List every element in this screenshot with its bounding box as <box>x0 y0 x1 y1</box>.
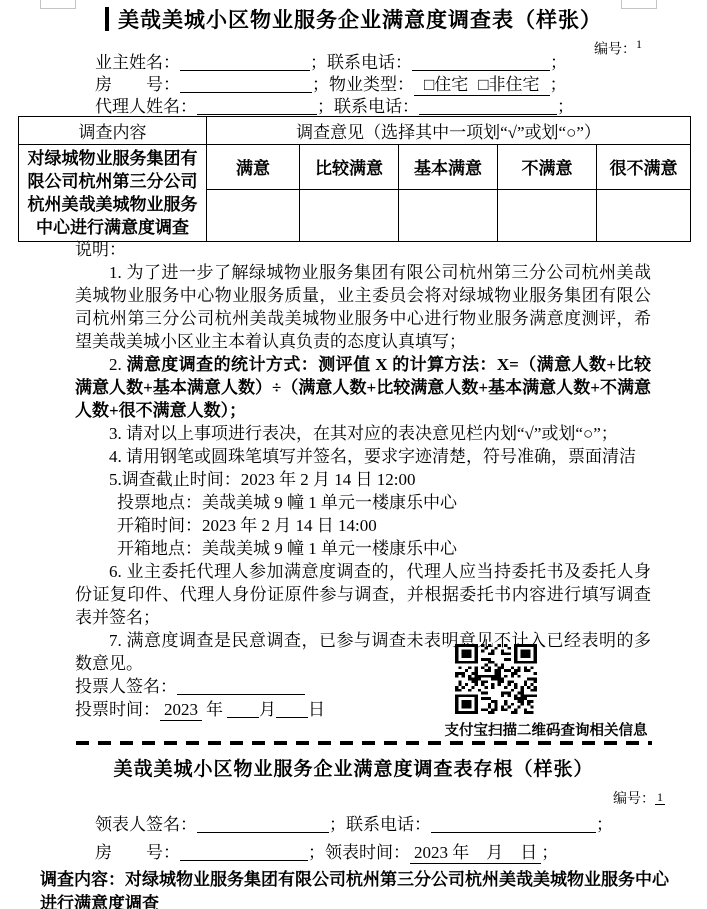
cursor-bar-icon <box>105 7 109 31</box>
note-item-5: 5.调查截止时间：2023 年 2 月 14 日 12:00 <box>75 468 651 491</box>
vote-day-field[interactable] <box>276 701 308 718</box>
survey-form-page: 美哉美城小区物业服务企业满意度调查表（样张） 编号：1 业主姓名：；联系电话：；… <box>0 0 707 909</box>
serial-label: 编号： <box>594 43 636 58</box>
satisfaction-table: 调查内容 调查意见（选择其中一项划“√”或划“○”） 对绿城物业服务集团有限公司… <box>18 116 691 242</box>
voter-signature-row: 投票人签名： <box>75 675 651 698</box>
note-item-2-formula: 满意度调查的统计方式：测评值 X 的计算方法：X=（满意人数+比较满意人数+基本… <box>75 355 651 420</box>
openbox-place-line: 开箱地点：美哉美城 9 幢 1 单元一楼康乐中心 <box>117 537 651 560</box>
option-satisfied: 满意 <box>207 145 300 190</box>
stub-serial-label: 编号： <box>613 792 655 807</box>
property-type-field: □住宅□非住宅 <box>414 75 550 96</box>
note-item-3: 3. 请对以上事项进行表决，在其对应的表决意见栏内划“√”或划“○”； <box>75 422 651 445</box>
agent-name-field[interactable] <box>197 98 317 115</box>
table-header-opinion: 调查意见（选择其中一项划“√”或划“○”） <box>207 117 691 145</box>
serial-value: 1 <box>636 37 642 51</box>
owner-row: 业主姓名：；联系电话：； <box>95 52 574 74</box>
page-title: 美哉美城小区物业服务企业满意度调查表（样张） <box>0 4 707 34</box>
agent-row: 代理人姓名：；联系电话：； <box>95 96 574 118</box>
stub-section: 美哉美城小区物业服务企业满意度调查表存根（样张） 编号：1 领表人签名：；联系电… <box>0 757 707 909</box>
note-item-7: 7. 满意度调查是民意调查，已参与调查未表明意见不计入已经表明的多数意见。 <box>75 629 651 675</box>
agent-name-label: 代理人姓名： <box>95 97 197 116</box>
receive-time-label: ；领表时间： <box>308 843 410 862</box>
note-item-1: 1. 为了进一步了解绿城物业服务集团有限公司杭州第三分公司杭州美哉美城物业服务中… <box>75 261 651 353</box>
owner-phone-field[interactable] <box>412 54 550 71</box>
receiver-signature-field[interactable] <box>197 816 329 833</box>
note-item-6: 6. 业主委托代理人参加满意度调查的，代理人应当持委托书及委托人身份证复印件、代… <box>75 560 651 629</box>
punct: ； <box>557 97 574 116</box>
vote-cell-satisfied[interactable] <box>207 189 300 241</box>
option-basically-satisfied: 基本满意 <box>399 145 498 190</box>
vote-time-row: 投票时间：2023年月日 <box>75 698 651 721</box>
table-header-content: 调查内容 <box>19 117 207 145</box>
phone-label: ；联系电话： <box>317 97 419 116</box>
voter-signature-field[interactable] <box>177 678 305 695</box>
stub-serial-number: 编号：1 <box>0 788 707 809</box>
punct: ； <box>550 75 567 94</box>
vote-cell-fairly-satisfied[interactable] <box>300 189 399 241</box>
dashed-separator <box>76 741 652 745</box>
option-very-unsatisfied: 很不满意 <box>597 145 691 190</box>
voter-signature-label: 投票人签名： <box>75 677 177 696</box>
vote-year-value: 2023 <box>160 700 202 721</box>
stub-receiver-row: 领表人签名：；联系电话：； <box>95 812 707 837</box>
unit-year: 年 <box>206 700 223 719</box>
option-fairly-satisfied: 比较满意 <box>300 145 399 190</box>
qr-code <box>455 644 537 714</box>
option-unsatisfied: 不满意 <box>498 145 597 190</box>
owner-name-field[interactable] <box>180 54 310 71</box>
checkbox-non-residential[interactable]: □非住宅 <box>478 75 539 94</box>
page-title-text: 美哉美城小区物业服务企业满意度调查表（样张） <box>118 9 602 32</box>
room-number-field[interactable] <box>180 76 312 93</box>
note-item-2-number: 2. <box>109 355 126 374</box>
stub-title: 美哉美城小区物业服务企业满意度调查表存根（样张） <box>0 757 707 783</box>
vote-cell-unsatisfied[interactable] <box>498 189 597 241</box>
notes-section: 说明： 1. 为了进一步了解绿城物业服务集团有限公司杭州第三分公司杭州美哉美城物… <box>75 238 651 721</box>
property-type-label: ；物业类型： <box>312 75 414 94</box>
serial-number: 编号：1 <box>594 37 642 59</box>
stub-content-text: 对绿城物业服务集团有限公司杭州第三分公司杭州美哉美城物业服务中心进行满意度调查 <box>40 870 669 909</box>
stub-phone-label: ；联系电话： <box>329 815 431 834</box>
vote-cell-very-unsatisfied[interactable] <box>597 189 691 241</box>
stub-serial-value: 1 <box>655 790 665 805</box>
punct: ； <box>550 53 567 72</box>
vote-place-line: 投票地点：美哉美城 9 幢 1 单元一楼康乐中心 <box>117 491 651 514</box>
punct: ； <box>596 815 613 834</box>
vote-time-label: 投票时间： <box>75 700 160 719</box>
stub-content-label: 调查内容： <box>40 870 125 889</box>
receiver-signature-label: 领表人签名： <box>95 815 197 834</box>
vote-month-field[interactable] <box>227 701 259 718</box>
phone-label: ；联系电话： <box>310 53 412 72</box>
unit-month: 月 <box>259 700 276 719</box>
unit-day: 日 <box>308 700 325 719</box>
room-row: 房 号：；物业类型：□住宅□非住宅； <box>95 74 574 96</box>
vote-cell-basically-satisfied[interactable] <box>399 189 498 241</box>
checkbox-residential[interactable]: □住宅 <box>424 75 468 94</box>
punct: ； <box>541 843 558 862</box>
notes-heading: 说明： <box>75 238 651 261</box>
stub-survey-content: 调查内容：对绿城物业服务集团有限公司杭州第三分公司杭州美哉美城物业服务中心进行满… <box>40 868 669 909</box>
receiver-phone-field[interactable] <box>431 816 596 833</box>
receive-time-value: 2023 年 月 日 <box>410 843 541 864</box>
stub-room-row: 房 号：；领表时间：2023 年 月 日； <box>95 840 707 865</box>
note-item-4: 4. 请用钢笔或圆珠笔填写并签名，要求字迹清楚，符号准确，票面清洁 <box>75 445 651 468</box>
stub-room-field[interactable] <box>180 844 308 861</box>
openbox-time-line: 开箱时间：2023 年 2 月 14 日 14:00 <box>117 514 651 537</box>
survey-content-cell: 对绿城物业服务集团有限公司杭州第三分公司杭州美哉美城物业服务中心进行满意度调查 <box>19 145 207 242</box>
owner-name-label: 业主姓名： <box>95 53 180 72</box>
owner-info-fields: 业主姓名：；联系电话：； 房 号：；物业类型：□住宅□非住宅； 代理人姓名：；联… <box>95 52 574 118</box>
agent-phone-field[interactable] <box>419 98 557 115</box>
qr-caption: 支付宝扫描二维码查询相关信息 <box>427 719 665 740</box>
room-label: 房 号： <box>95 75 180 94</box>
note-item-2: 2. 满意度调查的统计方式：测评值 X 的计算方法：X=（满意人数+比较满意人数… <box>75 353 651 422</box>
stub-room-label: 房 号： <box>95 843 180 862</box>
